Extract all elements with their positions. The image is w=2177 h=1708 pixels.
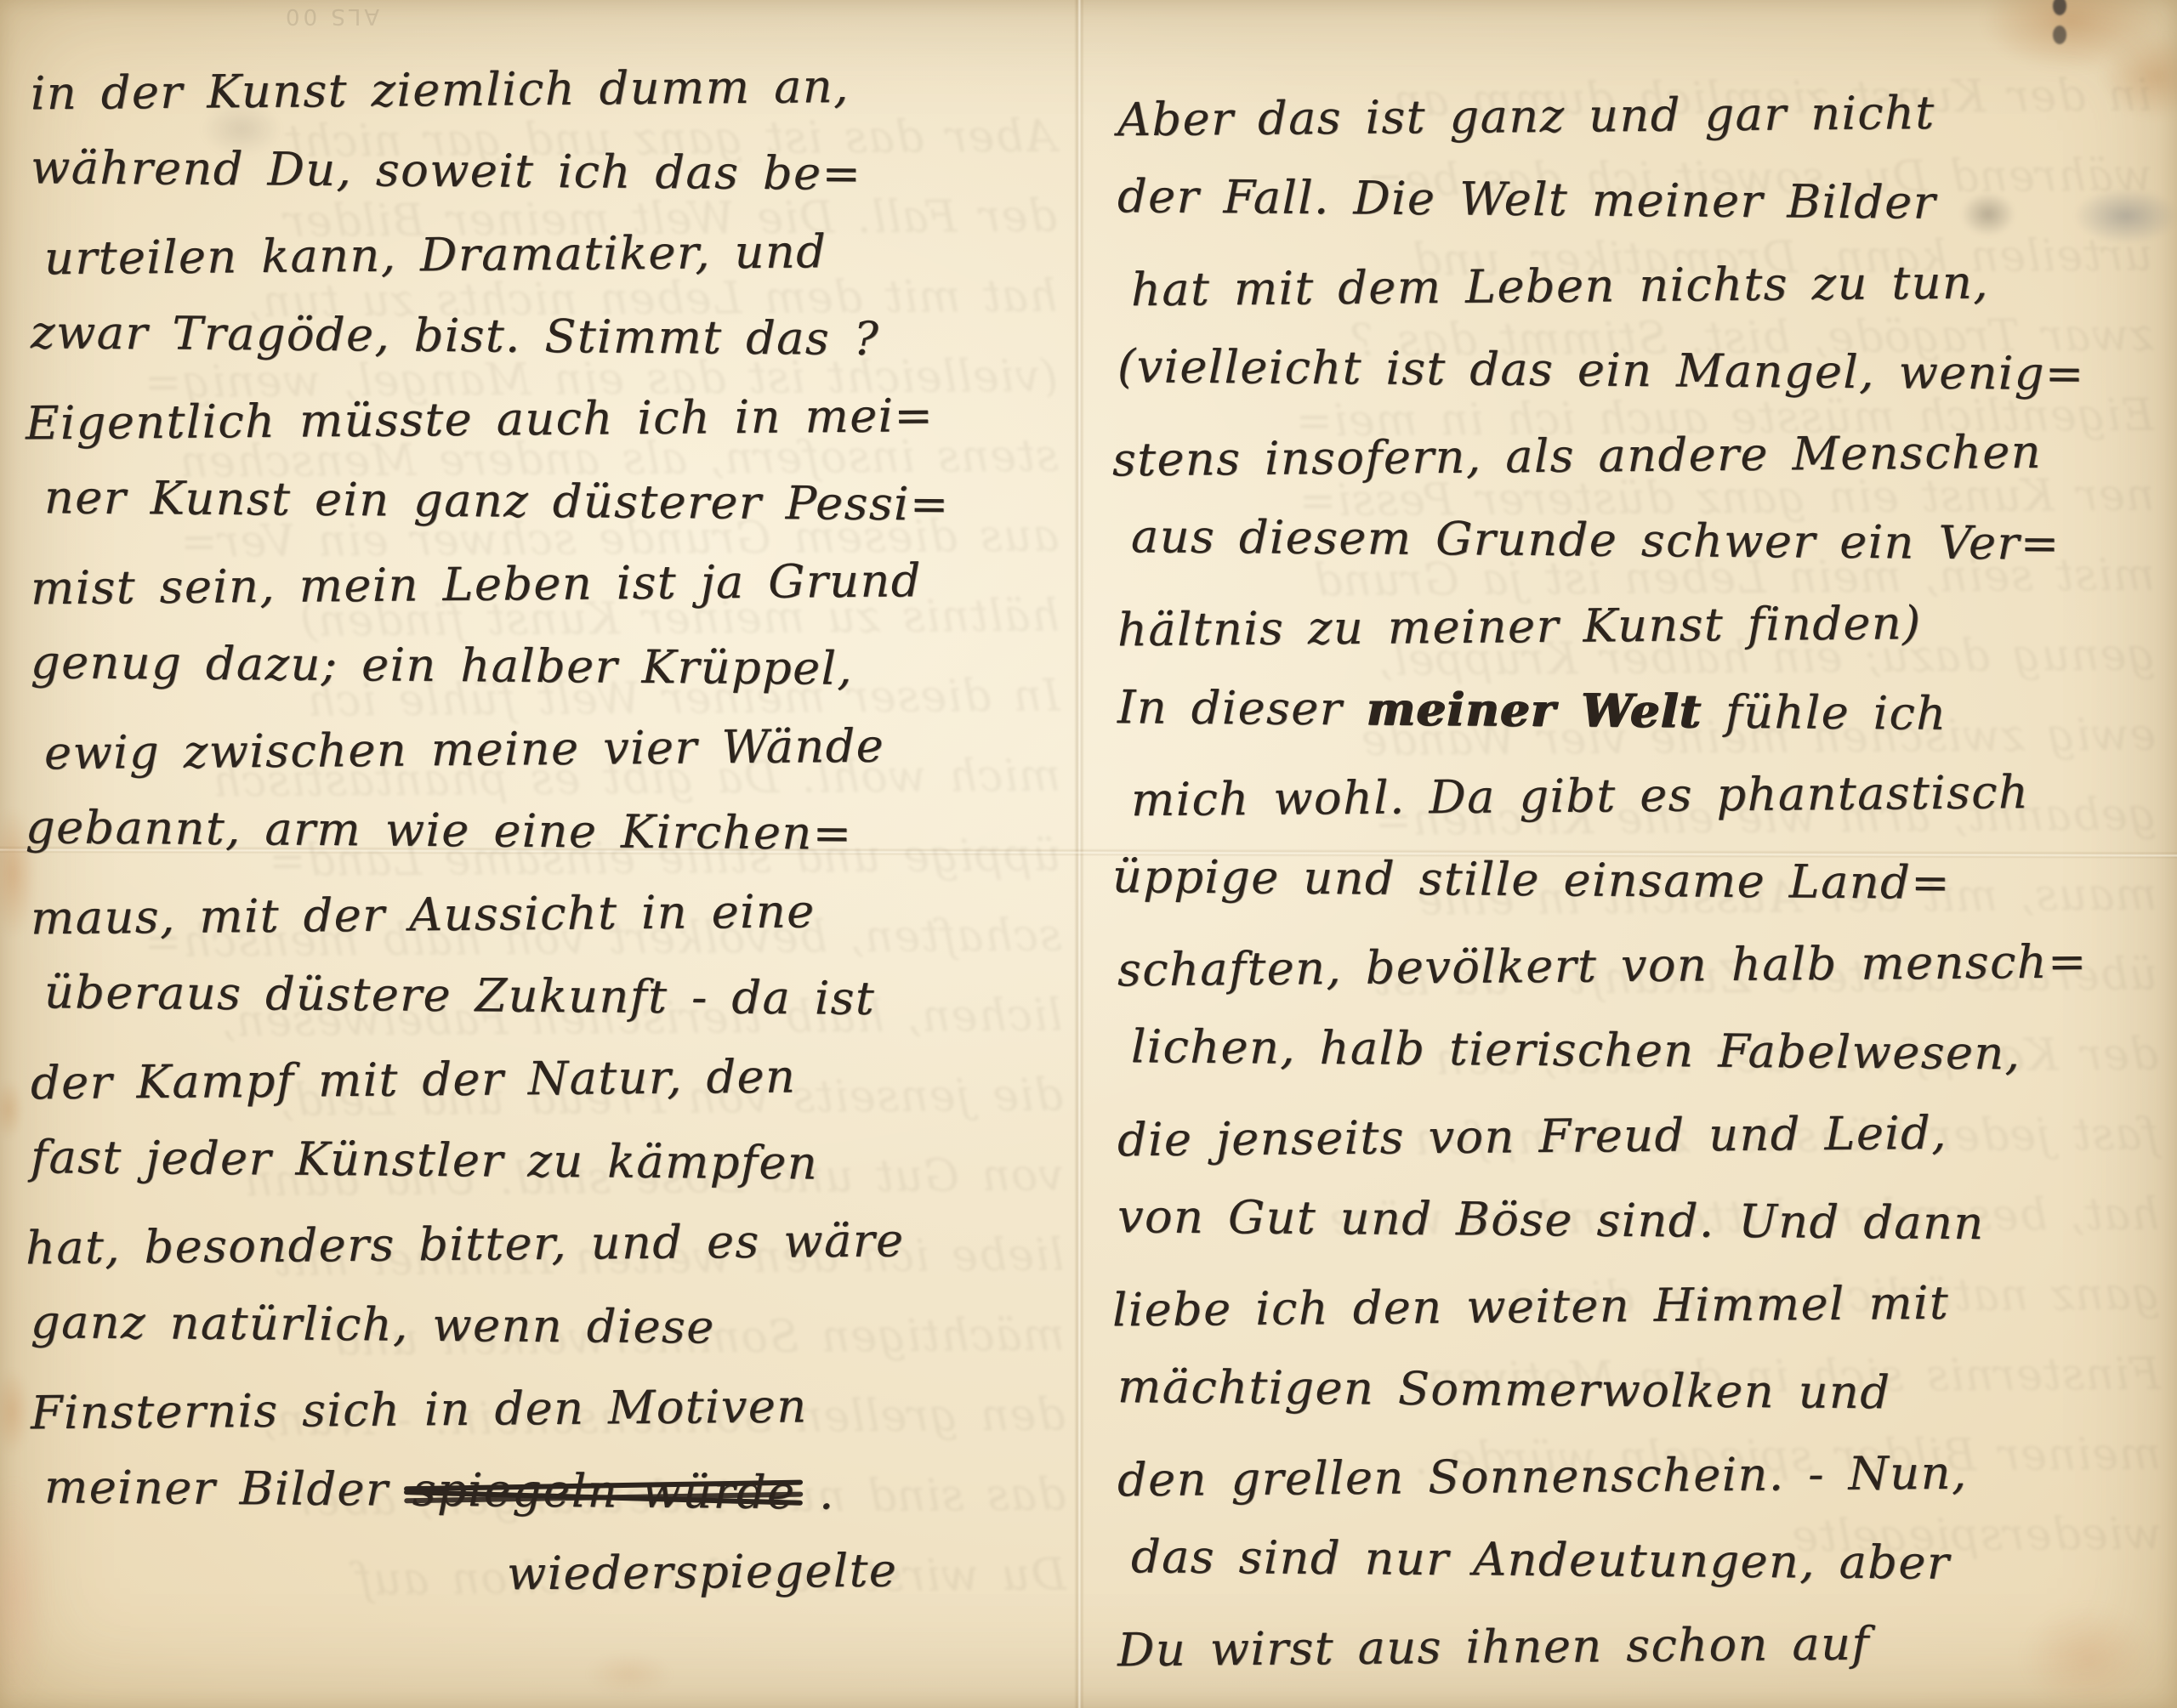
handwriting-line: hat mit dem Leben nichts zu tun,	[1131, 239, 2161, 333]
handwriting-segment: von Gut und Böse sind. Und dann	[1117, 1189, 1985, 1250]
handwriting-segment: (vielleicht ist das ein Mangel, wenig=	[1117, 339, 2085, 400]
handwriting-segment: mächtigen Sommerwolken und	[1117, 1359, 1891, 1419]
handwriting-segment: urteilen kann, Dramatiker, und	[44, 224, 827, 285]
handwriting-line: urteilen kann, Dramatiker, und	[44, 208, 1069, 300]
handwriting-segment: ganz natürlich, wenn diese	[31, 1295, 715, 1353]
handwriting-segment: maus, mit der Aussicht in eine	[31, 884, 816, 945]
handwriting-line: In dieser meiner Welt fühle ich	[1117, 664, 2161, 758]
handwriting-line: (vielleicht ist das ein Mangel, wenig=	[1117, 324, 2161, 417]
handwriting-segment: aus diesem Grunde schwer ein Ver=	[1131, 509, 2060, 570]
handwriting-segment: lichen, halb tierischen Fabelwesen,	[1131, 1019, 2021, 1080]
handwriting-line: Du wirst aus ihnen schon auf	[1117, 1599, 2161, 1694]
handwriting-line: den grellen Sonnenschein. - Nun,	[1117, 1429, 2161, 1524]
handwriting-line: maus, mit der Aussicht in eine	[31, 868, 1069, 960]
strikethrough-word: spiegeln würde	[412, 1449, 795, 1535]
handwriting-segment: .	[795, 1466, 835, 1519]
handwriting-line: ganz natürlich, wenn diese	[31, 1280, 1069, 1371]
handwriting-line: aus diesem Grunde schwer ein Ver=	[1131, 494, 2161, 587]
handwriting-line: üppige und stille einsame Land=	[1112, 834, 2161, 928]
handwriting-line: meiner Bilder spiegeln würde .	[44, 1445, 1069, 1535]
handwriting-line: der Kampf mit der Natur, den	[31, 1033, 1069, 1125]
handwriting-line: zwar Tragöde, bist. Stimmt das ?	[31, 291, 1069, 382]
letter-scan: { "document": { "kind": "handwritten let…	[0, 0, 2177, 1708]
handwriting-segment: hat, besonders bitter, und es wäre	[26, 1213, 905, 1274]
handwriting-segment: Finsternis sich in den Motiven	[31, 1379, 808, 1439]
handwriting-segment: fühle ich	[1702, 685, 1947, 741]
handwriting-segment: mich wohl. Da gibt es phantastisch	[1131, 765, 2030, 826]
handwriting-segment: üppige und stille einsame Land=	[1112, 849, 1951, 910]
handwriting-segment: Aber das ist ganz und gar nicht	[1117, 86, 1935, 146]
handwriting-segment: meiner Bilder	[44, 1460, 412, 1516]
handwriting-line: hältnis zu meiner Kunst finden)	[1117, 579, 2161, 673]
handwriting-segment: den grellen Sonnenschein. - Nun,	[1117, 1446, 1968, 1507]
letter-page-left: in der Kunst ziemlich dumm an,während Du…	[31, 48, 1068, 1614]
handwriting-line: liebe ich den weiten Himmel mit	[1112, 1259, 2161, 1353]
handwriting-segment: stens insofern, als andere Menschen	[1112, 425, 2042, 487]
handwriting-segment: schaften, bevölkert von halb mensch=	[1117, 934, 2088, 996]
handwriting-segment: mist sein, mein Leben ist ja Grund	[31, 553, 922, 615]
handwriting-line: wiederspiegelte	[31, 1528, 1069, 1620]
handwriting-line: hat, besonders bitter, und es wäre	[26, 1198, 1069, 1290]
handwriting-segment: genug dazu; ein halber Krüppel,	[31, 635, 854, 695]
handwriting-segment: Du wirst aus ihnen schon auf	[1117, 1617, 1870, 1677]
handwriting-segment: die jenseits von Freud und Leid,	[1117, 1106, 1947, 1167]
emphasized-word: meiner Welt	[1366, 681, 1702, 738]
handwriting-line: Eigentlich müsste auch ich in mei=	[26, 373, 1069, 465]
handwriting-line: gebannt, arm wie eine Kirchen=	[26, 786, 1069, 877]
handwriting-segment: gebannt, arm wie eine Kirchen=	[26, 800, 853, 860]
handwriting-segment: ewig zwischen meine vier Wände	[44, 719, 885, 780]
handwriting-segment: Eigentlich müsste auch ich in mei=	[26, 389, 935, 450]
handwriting-segment: während Du, soweit ich das be=	[31, 140, 862, 201]
handwriting-segment: hat mit dem Leben nichts zu tun,	[1131, 255, 1989, 316]
handwriting-segment: zwar Tragöde, bist. Stimmt das ?	[31, 305, 880, 366]
handwriting-line: fast jeder Künstler zu kämpfen	[31, 1115, 1069, 1206]
handwriting-line: ewig zwischen meine vier Wände	[44, 703, 1069, 795]
handwriting-line: schaften, bevölkert von halb mensch=	[1117, 919, 2161, 1013]
handwriting-line: lichen, halb tierischen Fabelwesen,	[1131, 1004, 2161, 1098]
handwriting-segment: wiederspiegelte	[507, 1543, 898, 1600]
handwriting-segment: in der Kunst ziemlich dumm an,	[31, 60, 850, 120]
handwriting-segment: überaus düstere Zukunft - da ist	[44, 965, 876, 1025]
handwriting-segment: der Kampf mit der Natur, den	[31, 1049, 797, 1109]
letter-page-right: Aber das ist ganz und gar nichtder Fall.…	[1117, 73, 2160, 1688]
handwriting-segment: der Fall. Die Welt meiner Bilder	[1117, 169, 1936, 230]
handwriting-line: stens insofern, als andere Menschen	[1112, 409, 2161, 503]
handwriting-line: während Du, soweit ich das be=	[31, 126, 1069, 217]
archive-mark: ALS 00	[282, 3, 379, 29]
handwriting-line: Aber das ist ganz und gar nicht	[1117, 69, 2161, 163]
handwriting-segment: ner Kunst ein ganz düsterer Pessi=	[44, 470, 950, 531]
handwriting-line: überaus düstere Zukunft - da ist	[44, 950, 1069, 1041]
handwriting-segment: das sind nur Andeutungen, aber	[1131, 1529, 1951, 1590]
handwriting-line: genug dazu; ein halber Krüppel,	[31, 621, 1069, 712]
handwriting-line: Finsternis sich in den Motiven	[31, 1363, 1069, 1455]
handwriting-line: der Fall. Die Welt meiner Bilder	[1117, 154, 2161, 247]
handwriting-line: die jenseits von Freud und Leid,	[1117, 1089, 2161, 1183]
handwriting-line: mächtigen Sommerwolken und	[1117, 1344, 2161, 1438]
handwriting-line: von Gut und Böse sind. Und dann	[1117, 1174, 2161, 1268]
handwriting-segment: In dieser	[1117, 680, 1367, 735]
handwriting-line: mich wohl. Da gibt es phantastisch	[1131, 749, 2161, 843]
handwriting-line: ner Kunst ein ganz düsterer Pessi=	[44, 456, 1069, 546]
handwriting-segment: liebe ich den weiten Himmel mit	[1112, 1276, 1950, 1337]
handwriting-line: mist sein, mein Leben ist ja Grund	[31, 538, 1069, 630]
handwriting-line: das sind nur Andeutungen, aber	[1131, 1514, 2161, 1608]
handwriting-line: in der Kunst ziemlich dumm an,	[31, 43, 1069, 135]
handwriting-segment: hältnis zu meiner Kunst finden)	[1117, 596, 1922, 656]
handwriting-segment: fast jeder Künstler zu kämpfen	[31, 1130, 819, 1189]
